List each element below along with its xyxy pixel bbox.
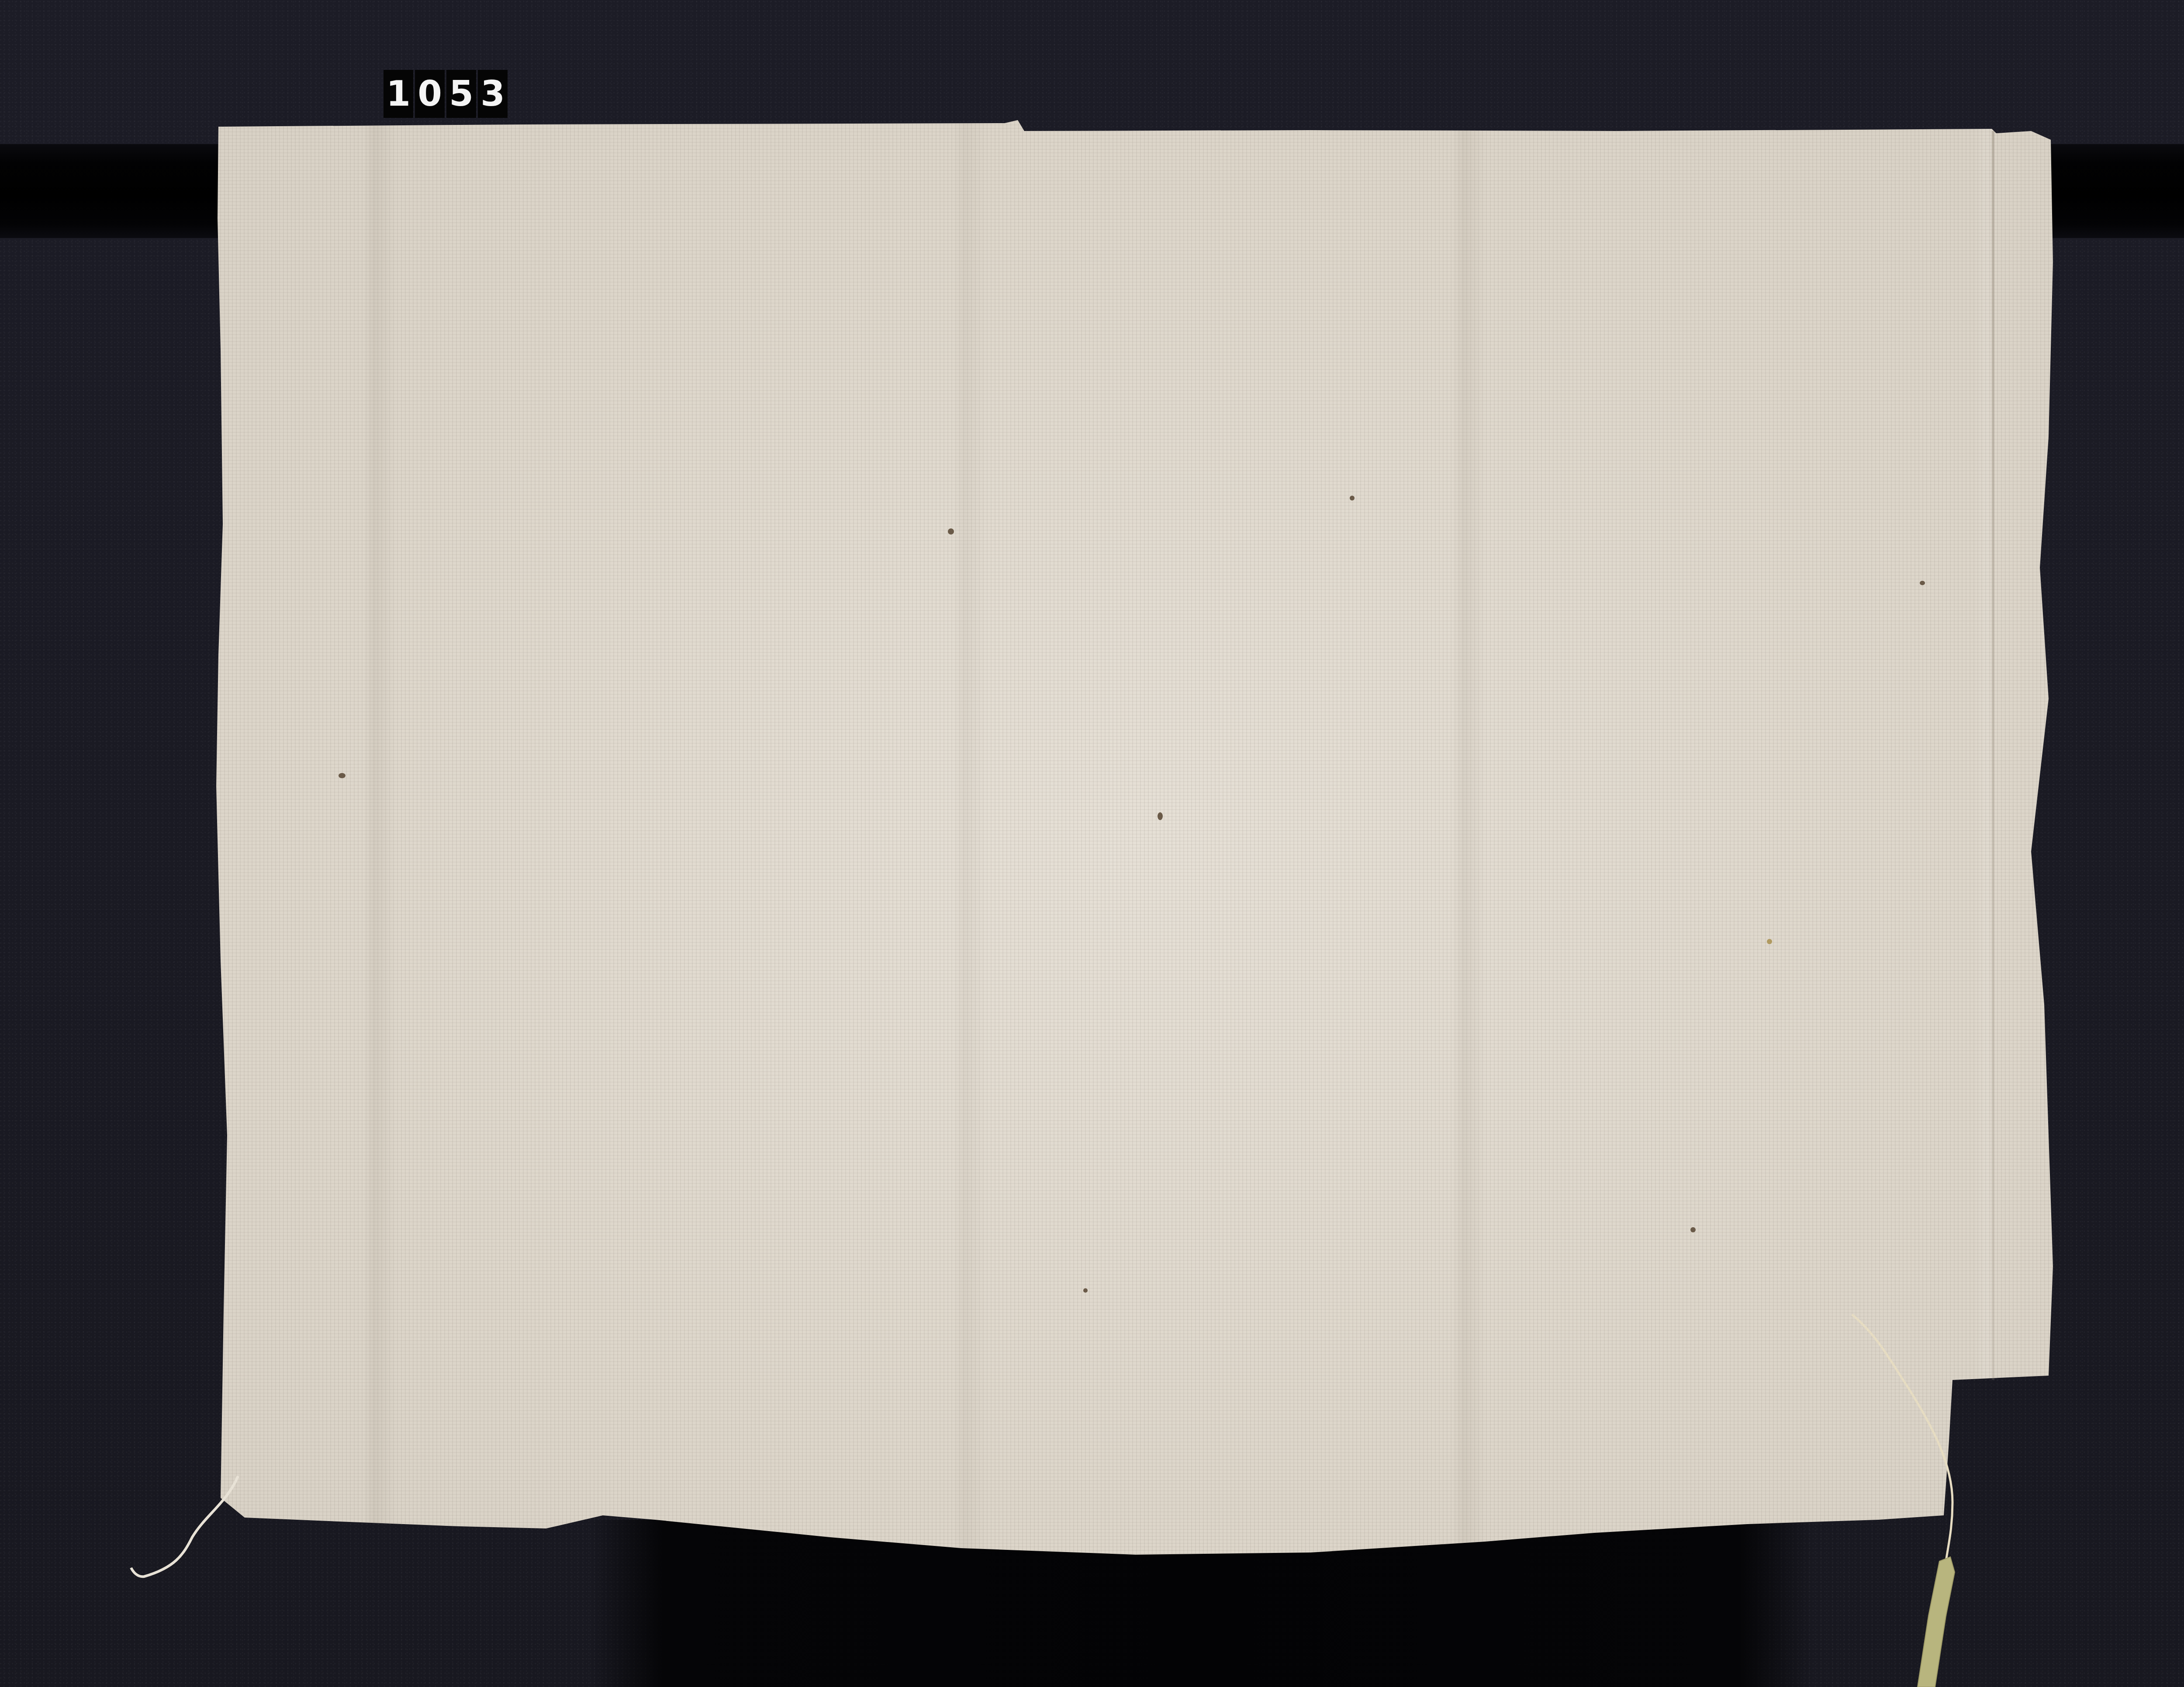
loose-thread-right [1852,1314,1952,1561]
paper-tag [1918,1557,1955,1687]
loose-thread-left [131,1476,238,1577]
threads-and-tag [0,0,2184,1687]
